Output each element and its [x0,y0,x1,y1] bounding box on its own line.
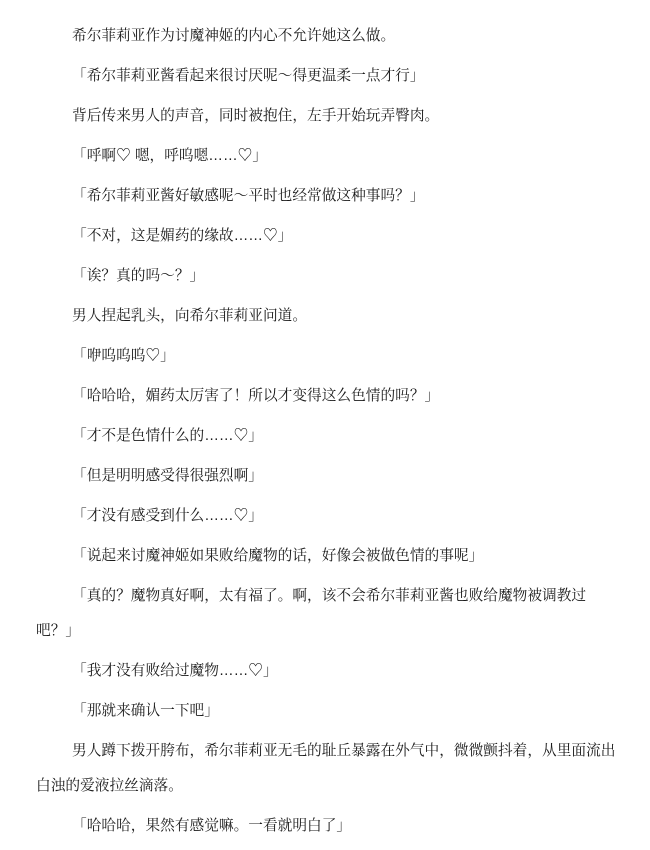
story-paragraph: 「那就来确认一下吧」 [36,694,620,729]
story-paragraph: 男人蹲下拨开胯布，希尔菲莉亚无毛的耻丘暴露在外气中，微微颤抖着，从里面流出白浊的… [36,734,620,804]
story-paragraph: 「不对，这是媚药的缘故……♡」 [36,219,620,254]
story-paragraph: 「呼啊♡ 嗯，呼呜嗯……♡」 [36,139,620,174]
story-paragraph: 「但是明明感受得很强烈啊」 [36,459,620,494]
story-paragraph: 背后传来男人的声音，同时被抱住，左手开始玩弄臀肉。 [36,99,620,134]
story-paragraph: 希尔菲莉亚作为讨魔神姬的内心不允许她这么做。 [36,19,620,54]
story-paragraph: 「才没有感受到什么……♡」 [36,499,620,534]
story-paragraph: 「希尔菲莉亚酱看起来很讨厌呢～得更温柔一点才行」 [36,59,620,94]
story-paragraph: 「才不是色情什么的……♡」 [36,419,620,454]
story-paragraph: 「哈哈哈，果然有感觉嘛。一看就明白了」 [36,809,620,844]
story-paragraph: 「哈哈哈，媚药太厉害了！所以才变得这么色情的吗？」 [36,379,620,414]
story-paragraph: 「真的？魔物真好啊，太有福了。啊，该不会希尔菲莉亚酱也败给魔物被调教过吧？」 [36,579,620,649]
novel-reader-page: 希尔菲莉亚作为讨魔神姬的内心不允许她这么做。「希尔菲莉亚酱看起来很讨厌呢～得更温… [0,0,650,850]
story-paragraph: 「诶？真的吗～？」 [36,259,620,294]
story-paragraph: 「说起来讨魔神姬如果败给魔物的话，好像会被做色情的事呢」 [36,539,620,574]
story-paragraph: 男人捏起乳头，向希尔菲莉亚问道。 [36,299,620,334]
story-paragraph: 「咿呜呜呜♡」 [36,339,620,374]
story-text-body: 希尔菲莉亚作为讨魔神姬的内心不允许她这么做。「希尔菲莉亚酱看起来很讨厌呢～得更温… [36,19,620,844]
story-paragraph: 「希尔菲莉亚酱好敏感呢～平时也经常做这种事吗？」 [36,179,620,214]
story-paragraph: 「我才没有败给过魔物……♡」 [36,654,620,689]
